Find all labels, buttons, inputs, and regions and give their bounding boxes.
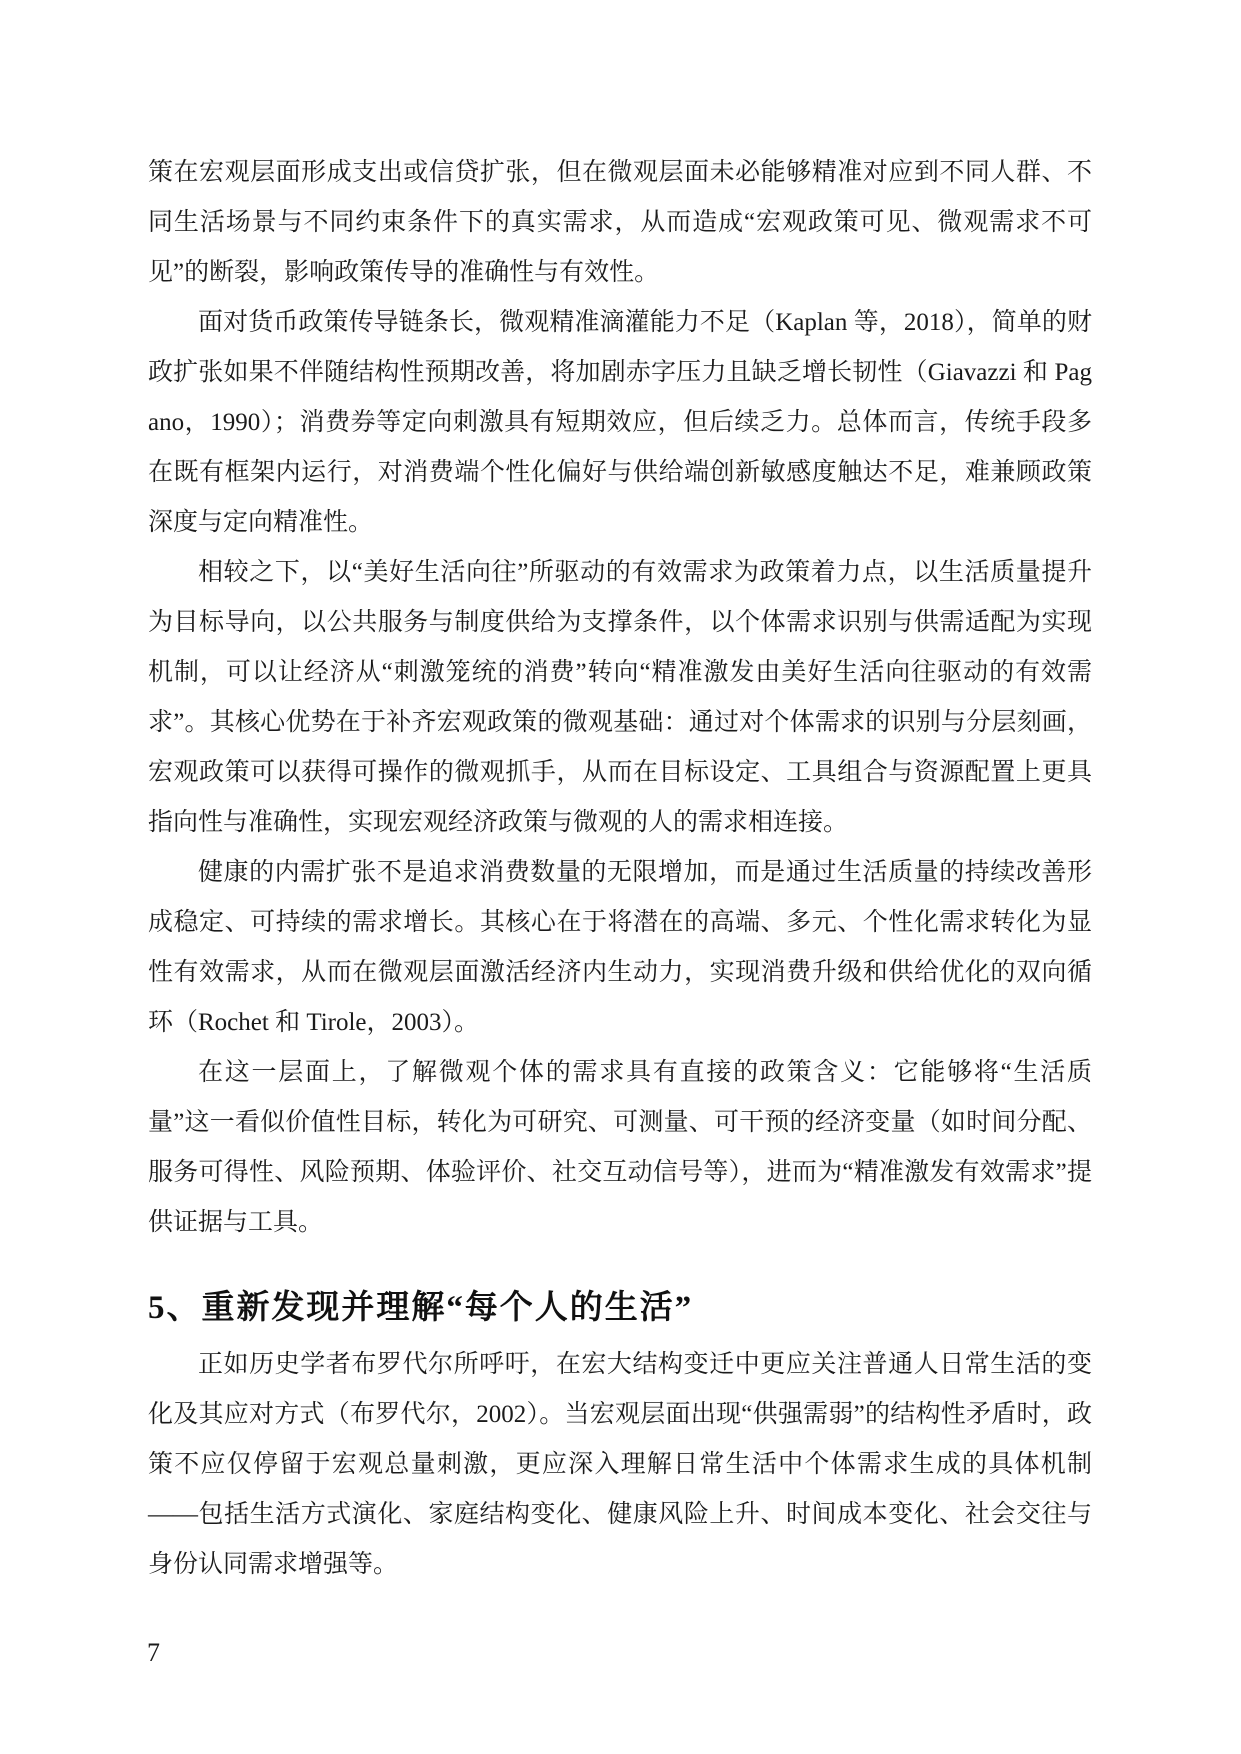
- page-number: 7: [147, 1638, 160, 1668]
- paragraph: 面对货币政策传导链条长，微观精准滴灌能力不足（Kaplan 等，2018），简单…: [148, 298, 1092, 548]
- paragraph: 相较之下，以“美好生活向往”所驱动的有效需求为政策着力点，以生活质量提升为目标导…: [148, 548, 1092, 848]
- section-heading: 5、重新发现并理解“每个人的生活”: [148, 1278, 1092, 1338]
- paragraph-continuation: 策在宏观层面形成支出或信贷扩张，但在微观层面未必能够精准对应到不同人群、不同生活…: [148, 148, 1092, 298]
- document-page: 策在宏观层面形成支出或信贷扩张，但在微观层面未必能够精准对应到不同人群、不同生活…: [0, 0, 1241, 1754]
- page-body: 策在宏观层面形成支出或信贷扩张，但在微观层面未必能够精准对应到不同人群、不同生活…: [148, 148, 1092, 1590]
- paragraph: 正如历史学者布罗代尔所呼吁，在宏大结构变迁中更应关注普通人日常生活的变化及其应对…: [148, 1340, 1092, 1590]
- paragraph: 健康的内需扩张不是追求消费数量的无限增加，而是通过生活质量的持续改善形成稳定、可…: [148, 848, 1092, 1048]
- paragraph: 在这一层面上，了解微观个体的需求具有直接的政策含义：它能够将“生活质量”这一看似…: [148, 1048, 1092, 1248]
